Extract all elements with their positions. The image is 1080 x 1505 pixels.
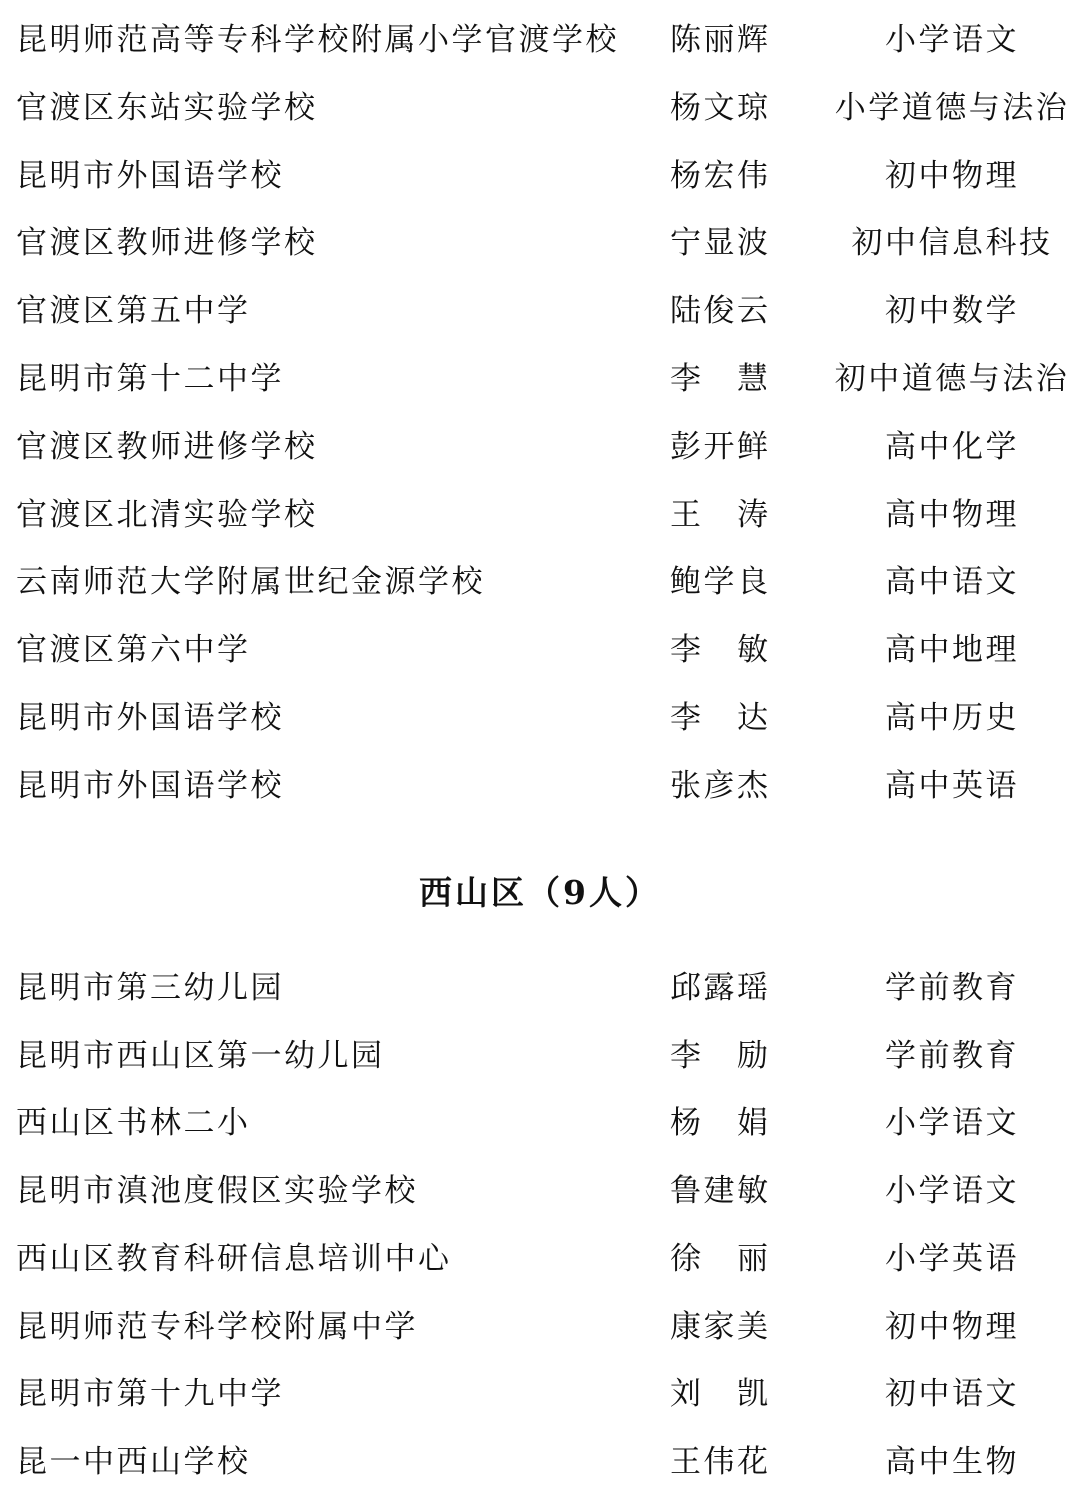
school-cell: 西山区书林二小 bbox=[16, 1098, 251, 1148]
school-cell: 昆明市滇池度假区实验学校 bbox=[16, 1166, 418, 1216]
subject-cell: 高中地理 bbox=[834, 625, 1070, 675]
school-cell: 西山区教育科研信息培训中心 bbox=[16, 1234, 452, 1284]
teacher-name-cell: 李励 bbox=[670, 1031, 768, 1081]
subject-cell: 小学道德与法治 bbox=[834, 83, 1070, 133]
school-cell: 昆一中西山学校 bbox=[16, 1437, 251, 1487]
subject-cell: 高中英语 bbox=[834, 761, 1070, 811]
subject-cell: 初中数学 bbox=[834, 286, 1070, 336]
school-cell: 官渡区北清实验学校 bbox=[16, 490, 318, 540]
subject-cell: 小学语文 bbox=[834, 1098, 1070, 1148]
teacher-name-cell: 康家美 bbox=[670, 1302, 768, 1352]
school-cell: 昆明市外国语学校 bbox=[16, 151, 284, 201]
subject-cell: 学前教育 bbox=[834, 1031, 1070, 1081]
table-row: 官渡区北清实验学校王涛高中物理 bbox=[0, 490, 1080, 540]
table-row: 昆明市第三幼儿园邱露瑶学前教育 bbox=[0, 963, 1080, 1013]
table-row: 昆明市外国语学校杨宏伟初中物理 bbox=[0, 151, 1080, 201]
teacher-name-cell: 王伟花 bbox=[670, 1437, 768, 1487]
subject-cell: 小学英语 bbox=[834, 1234, 1070, 1284]
school-cell: 昆明市第十九中学 bbox=[16, 1369, 284, 1419]
school-cell: 昆明市外国语学校 bbox=[16, 693, 284, 743]
school-cell: 官渡区第五中学 bbox=[16, 286, 251, 336]
teacher-name-cell: 杨文琼 bbox=[670, 83, 768, 133]
subject-cell: 初中物理 bbox=[834, 151, 1070, 201]
subject-cell: 初中道德与法治 bbox=[834, 354, 1070, 404]
school-cell: 昆明师范专科学校附属中学 bbox=[16, 1302, 418, 1352]
teacher-name-cell: 李敏 bbox=[670, 625, 768, 675]
school-cell: 官渡区教师进修学校 bbox=[16, 422, 318, 472]
table-row: 西山区教育科研信息培训中心徐丽小学英语 bbox=[0, 1234, 1080, 1284]
teacher-name-cell: 鲍学良 bbox=[670, 557, 768, 607]
table-row: 昆明市滇池度假区实验学校鲁建敏小学语文 bbox=[0, 1166, 1080, 1216]
teacher-name-cell: 邱露瑶 bbox=[670, 963, 768, 1013]
teacher-name-cell: 徐丽 bbox=[670, 1234, 768, 1284]
table-row: 西山区书林二小杨娟小学语文 bbox=[0, 1098, 1080, 1148]
subject-cell: 高中化学 bbox=[834, 422, 1070, 472]
school-cell: 昆明市外国语学校 bbox=[16, 761, 284, 811]
table-row: 昆明师范专科学校附属中学康家美初中物理 bbox=[0, 1302, 1080, 1352]
teacher-name-cell: 李达 bbox=[670, 693, 768, 743]
teacher-name-cell: 李慧 bbox=[670, 354, 768, 404]
subject-cell: 初中物理 bbox=[834, 1302, 1070, 1352]
subject-cell: 初中信息科技 bbox=[834, 218, 1070, 268]
table-row: 昆明市第十九中学刘凯初中语文 bbox=[0, 1369, 1080, 1419]
subject-cell: 高中生物 bbox=[834, 1437, 1070, 1487]
teacher-name-cell: 刘凯 bbox=[670, 1369, 768, 1419]
subject-cell: 小学语文 bbox=[834, 1166, 1070, 1216]
teacher-name-cell: 彭开鲜 bbox=[670, 422, 768, 472]
table-row: 官渡区东站实验学校杨文琼小学道德与法治 bbox=[0, 83, 1080, 133]
subject-cell: 高中物理 bbox=[834, 490, 1070, 540]
subject-cell: 初中语文 bbox=[834, 1369, 1070, 1419]
teacher-name-cell: 鲁建敏 bbox=[670, 1166, 768, 1216]
table-row: 官渡区第五中学陆俊云初中数学 bbox=[0, 286, 1080, 336]
school-cell: 昆明市第十二中学 bbox=[16, 354, 284, 404]
teacher-name-cell: 杨宏伟 bbox=[670, 151, 768, 201]
subject-cell: 高中历史 bbox=[834, 693, 1070, 743]
school-cell: 昆明师范高等专科学校附属小学官渡学校 bbox=[16, 15, 619, 65]
teacher-name-cell: 杨娟 bbox=[670, 1098, 768, 1148]
teacher-name-cell: 王涛 bbox=[670, 490, 768, 540]
section-heading-xishan: 西山区（9人） bbox=[0, 865, 1080, 921]
table-row: 昆明市外国语学校李达高中历史 bbox=[0, 693, 1080, 743]
teacher-name-cell: 陆俊云 bbox=[670, 286, 768, 336]
table-row: 昆一中西山学校王伟花高中生物 bbox=[0, 1437, 1080, 1487]
school-cell: 云南师范大学附属世纪金源学校 bbox=[16, 557, 485, 607]
subject-cell: 学前教育 bbox=[834, 963, 1070, 1013]
table-row: 官渡区教师进修学校宁显波初中信息科技 bbox=[0, 218, 1080, 268]
table-row: 昆明市西山区第一幼儿园李励学前教育 bbox=[0, 1031, 1080, 1081]
school-cell: 昆明市第三幼儿园 bbox=[16, 963, 284, 1013]
table-row: 云南师范大学附属世纪金源学校鲍学良高中语文 bbox=[0, 557, 1080, 607]
school-cell: 官渡区第六中学 bbox=[16, 625, 251, 675]
table-row: 昆明市外国语学校张彦杰高中英语 bbox=[0, 761, 1080, 811]
subject-cell: 高中语文 bbox=[834, 557, 1070, 607]
table-row: 昆明师范高等专科学校附属小学官渡学校陈丽辉小学语文 bbox=[0, 15, 1080, 65]
table-row: 官渡区教师进修学校彭开鲜高中化学 bbox=[0, 422, 1080, 472]
subject-cell: 小学语文 bbox=[834, 15, 1070, 65]
teacher-name-cell: 张彦杰 bbox=[670, 761, 768, 811]
teacher-name-cell: 陈丽辉 bbox=[670, 15, 768, 65]
school-cell: 官渡区东站实验学校 bbox=[16, 83, 318, 133]
school-cell: 昆明市西山区第一幼儿园 bbox=[16, 1031, 385, 1081]
teacher-name-cell: 宁显波 bbox=[670, 218, 768, 268]
table-row: 昆明市第十二中学李慧初中道德与法治 bbox=[0, 354, 1080, 404]
table-row: 官渡区第六中学李敏高中地理 bbox=[0, 625, 1080, 675]
school-cell: 官渡区教师进修学校 bbox=[16, 218, 318, 268]
